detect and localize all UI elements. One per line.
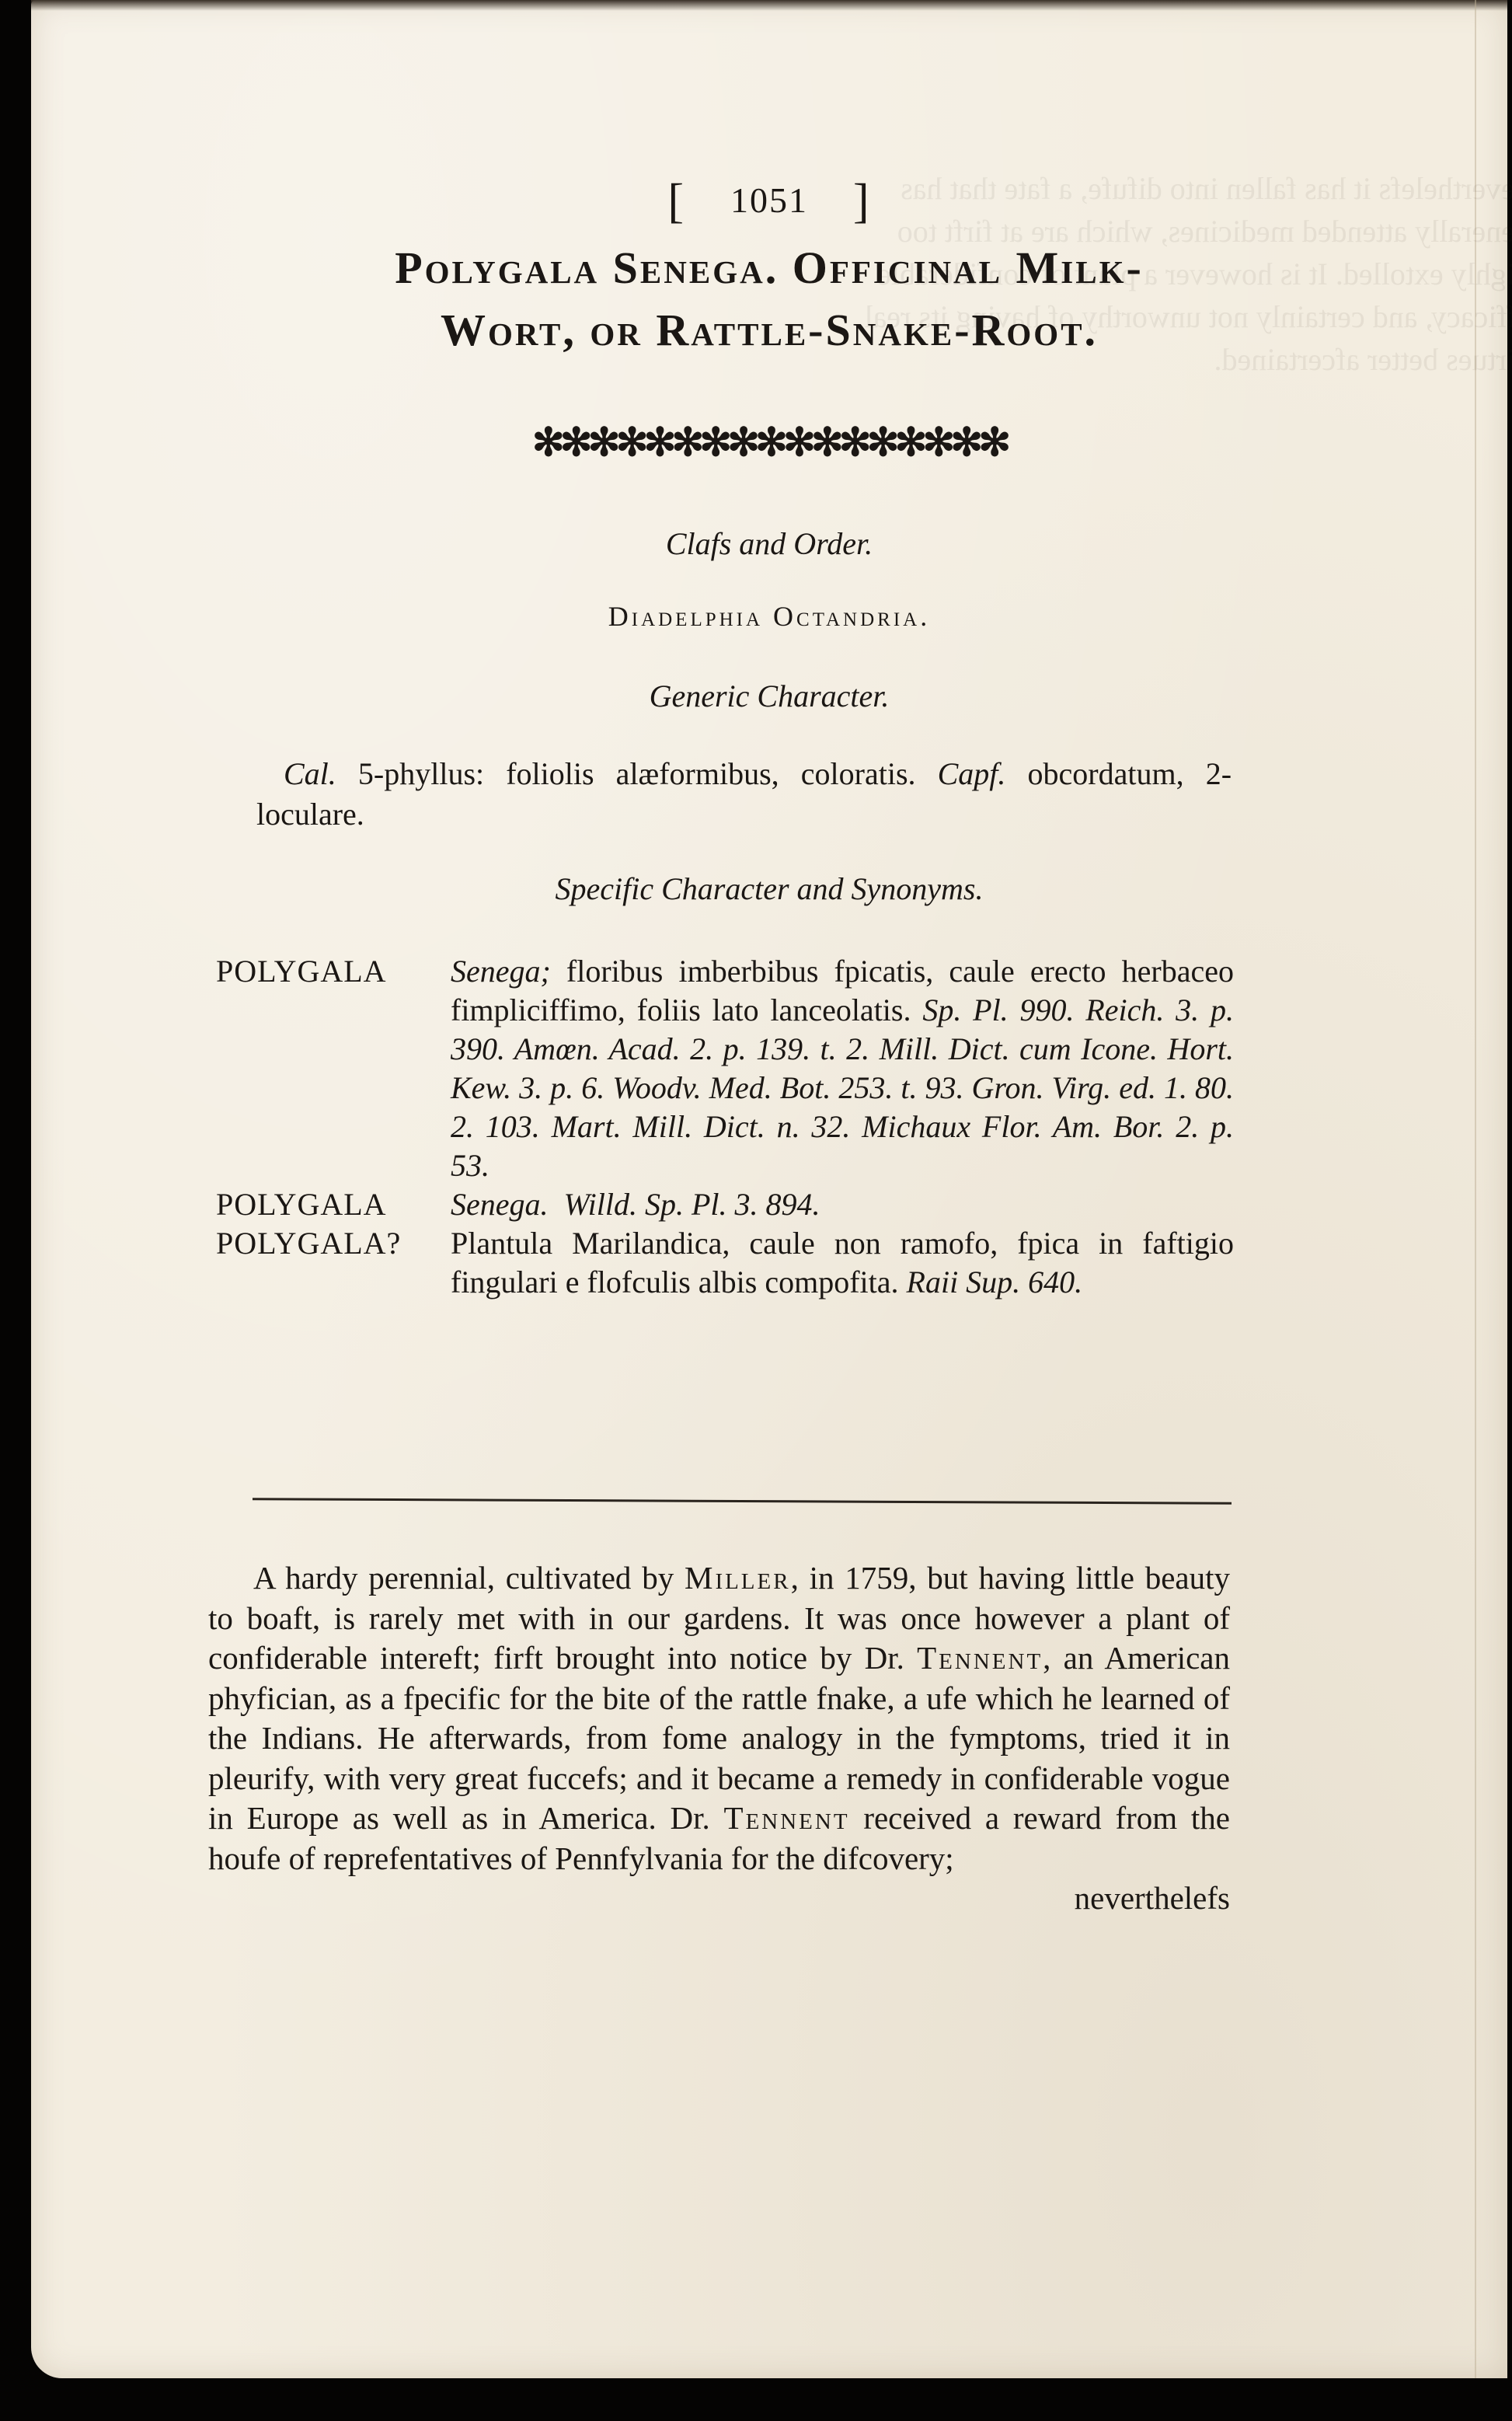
- synonym-description: Plantula Marilandica, caule non ramofo, …: [451, 1226, 1234, 1299]
- cal-label: Cal.: [284, 756, 336, 791]
- title-line-2: Wort, or Rattle-Snake-Root.: [31, 299, 1507, 361]
- synonym-refs: Willd. Sp. Pl. 3. 894.: [564, 1187, 820, 1222]
- bracket-right: ]: [853, 174, 871, 229]
- generic-character-text: Cal. 5-phyllus: foliolis alæformibus, co…: [256, 754, 1232, 835]
- class-order-heading: Clafs and Order.: [31, 525, 1507, 562]
- generic-character-heading: Generic Character.: [31, 678, 1507, 714]
- caps-label: Capf.: [938, 756, 1006, 791]
- synonym-refs: Raii Sup. 640.: [907, 1265, 1083, 1299]
- page-number: [1051]: [31, 169, 1507, 225]
- synonym-species: Senega;: [451, 954, 551, 989]
- text-run: A hardy perennial, cultivated by: [253, 1560, 685, 1596]
- body-paragraph: A hardy perennial, cultivated by Miller,…: [208, 1558, 1230, 1919]
- synonym-entry: POLYGALA? Plantula Marilandica, caule no…: [216, 1224, 1234, 1302]
- catchword: neverthelefs: [208, 1879, 1230, 1919]
- synonym-list: POLYGALA Senega; floribus imberbibus fpi…: [216, 952, 1234, 1302]
- specific-character-heading: Specific Character and Synonyms.: [31, 870, 1507, 907]
- name-tennent: Tennent: [724, 1800, 850, 1836]
- page-number-value: 1051: [730, 180, 808, 220]
- horizontal-rule: [253, 1498, 1232, 1504]
- name-tennent: Tennent: [917, 1640, 1043, 1676]
- title-line-1: Polygala Senega. Officinal Milk-: [31, 237, 1507, 299]
- synonym-species: Senega.: [451, 1187, 549, 1222]
- synonym-text: Senega; floribus imberbibus fpicatis, ca…: [451, 952, 1234, 1185]
- synonym-text: Plantula Marilandica, caule non ramofo, …: [451, 1224, 1234, 1302]
- page-title: Polygala Senega. Officinal Milk- Wort, o…: [31, 237, 1507, 361]
- document-page: neverthelefs it has fallen into difufe, …: [31, 0, 1507, 2378]
- cal-text: 5-phyllus: foliolis alæformibus, colorat…: [336, 756, 938, 791]
- class-order-value: Diadelphia Octandria.: [31, 600, 1507, 633]
- synonym-entry: POLYGALA Senega. Willd. Sp. Pl. 3. 894.: [216, 1185, 1234, 1224]
- paragraph: A hardy perennial, cultivated by Miller,…: [208, 1558, 1230, 1879]
- synonym-genus: POLYGALA?: [216, 1224, 451, 1302]
- synonym-entry: POLYGALA Senega; floribus imberbibus fpi…: [216, 952, 1234, 1185]
- synonym-genus: POLYGALA: [216, 1185, 451, 1224]
- name-miller: Miller: [685, 1560, 791, 1596]
- synonym-text: Senega. Willd. Sp. Pl. 3. 894.: [451, 1185, 1234, 1224]
- ornament-divider: ✻✻✻✻✻✻✻✻✻✻✻✻✻✻✻✻✻: [31, 420, 1507, 465]
- synonym-genus: POLYGALA: [216, 952, 451, 1185]
- bracket-left: [: [667, 174, 685, 229]
